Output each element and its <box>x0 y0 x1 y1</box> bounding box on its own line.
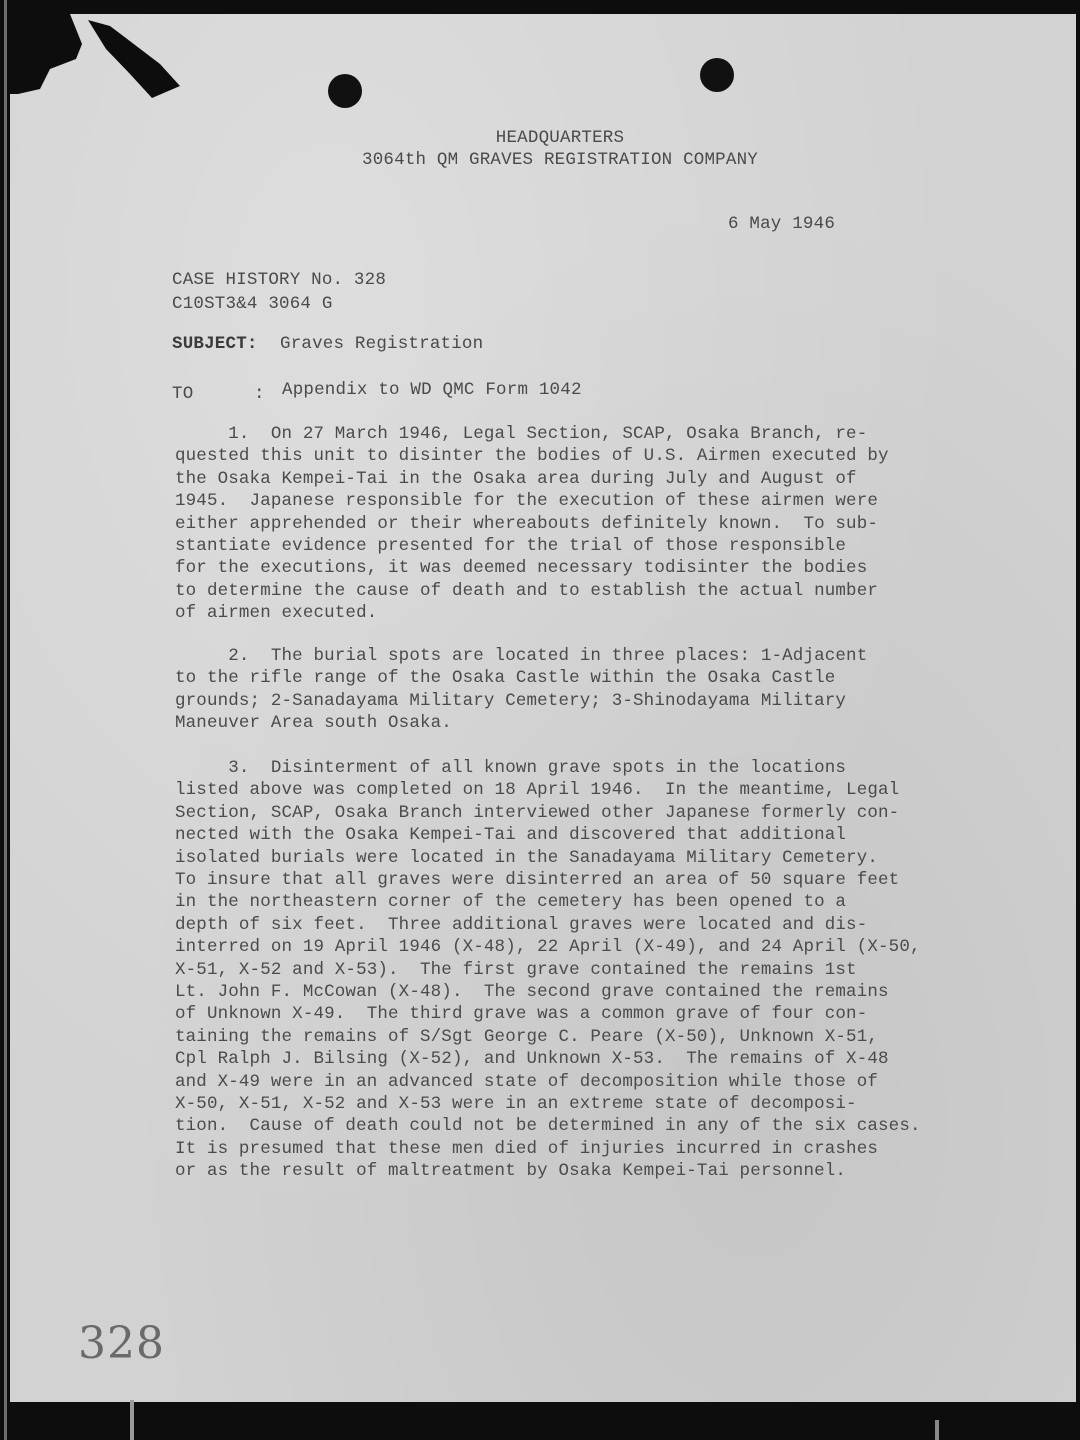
paragraph-3-line: and X-49 were in an advanced state of de… <box>175 1072 878 1092</box>
paragraph-3-line: or as the result of maltreatment by Osak… <box>175 1161 846 1181</box>
letterhead-line1: HEADQUARTERS <box>360 128 760 148</box>
paragraph-3-line: Lt. John F. McCowan (X-48). The second g… <box>175 982 889 1002</box>
paragraph-1-line: either apprehended or their whereabouts … <box>175 514 878 534</box>
torn-corner <box>10 14 190 114</box>
subject-label: SUBJECT: <box>172 334 258 354</box>
paragraph-2-line: 2. The burial spots are located in three… <box>175 646 867 666</box>
scan-edge-streak <box>935 1420 939 1440</box>
paragraph-1-line: stantiate evidence presented for the tri… <box>175 536 846 556</box>
punch-hole-left <box>328 74 362 108</box>
paragraph-3-line: listed above was completed on 18 April 1… <box>175 780 899 800</box>
paragraph-3-line: nected with the Osaka Kempei-Tai and dis… <box>175 825 846 845</box>
paragraph-1-line: 1945. Japanese responsible for the execu… <box>175 491 878 511</box>
paragraph-3-line: in the northeastern corner of the cemete… <box>175 892 846 912</box>
scan-edge-streak <box>130 1400 134 1440</box>
paragraph-3-line: To insure that all graves were disinterr… <box>175 870 899 890</box>
case-history-number: CASE HISTORY No. 328 <box>172 270 386 290</box>
paragraph-1-line: to determine the cause of death and to e… <box>175 581 878 601</box>
document-date: 6 May 1946 <box>728 214 835 234</box>
scan-edge-streak <box>4 0 7 1440</box>
paragraph-2-line: grounds; 2-Sanadayama Military Cemetery;… <box>175 691 846 711</box>
to-value: Appendix to WD QMC Form 1042 <box>282 380 582 400</box>
paragraph-1-line: the Osaka Kempei-Tai in the Osaka area d… <box>175 469 857 489</box>
file-code: C10ST3&4 3064 G <box>172 294 333 314</box>
paragraph-3-line: isolated burials were located in the San… <box>175 848 878 868</box>
paragraph-3-line: X-51, X-52 and X-53). The first grave co… <box>175 960 857 980</box>
paragraph-3-line: 3. Disinterment of all known grave spots… <box>175 758 846 778</box>
subject-value: Graves Registration <box>280 334 483 354</box>
letterhead-line2: 3064th QM GRAVES REGISTRATION COMPANY <box>310 150 810 170</box>
paragraph-1-line: quested this unit to disinter the bodies… <box>175 446 889 466</box>
paragraph-3-line: It is presumed that these men died of in… <box>175 1139 878 1159</box>
paragraph-3-line: interred on 19 April 1946 (X-48), 22 Apr… <box>175 937 921 957</box>
paragraph-3-line: Section, SCAP, Osaka Branch interviewed … <box>175 803 899 823</box>
to-separator: : <box>254 384 265 404</box>
paragraph-1-line: of airmen executed. <box>175 603 377 623</box>
paragraph-2-line: Maneuver Area south Osaka. <box>175 713 452 733</box>
punch-hole-right <box>700 58 734 92</box>
paragraph-3-line: of Unknown X-49. The third grave was a c… <box>175 1004 867 1024</box>
page-number-stamp: 328 <box>78 1318 165 1369</box>
paragraph-3-line: X-50, X-51, X-52 and X-53 were in an ext… <box>175 1094 857 1114</box>
paragraph-3-line: taining the remains of S/Sgt George C. P… <box>175 1027 878 1047</box>
paragraph-3-line: tion. Cause of death could not be determ… <box>175 1116 921 1136</box>
paragraph-3-line: Cpl Ralph J. Bilsing (X-52), and Unknown… <box>175 1049 889 1069</box>
to-label: TO <box>172 384 193 404</box>
paragraph-1-line: 1. On 27 March 1946, Legal Section, SCAP… <box>175 424 867 444</box>
paragraph-1-line: for the executions, it was deemed necess… <box>175 558 867 578</box>
paragraph-2-line: to the rifle range of the Osaka Castle w… <box>175 668 835 688</box>
paragraph-3-line: depth of six feet. Three additional grav… <box>175 915 867 935</box>
